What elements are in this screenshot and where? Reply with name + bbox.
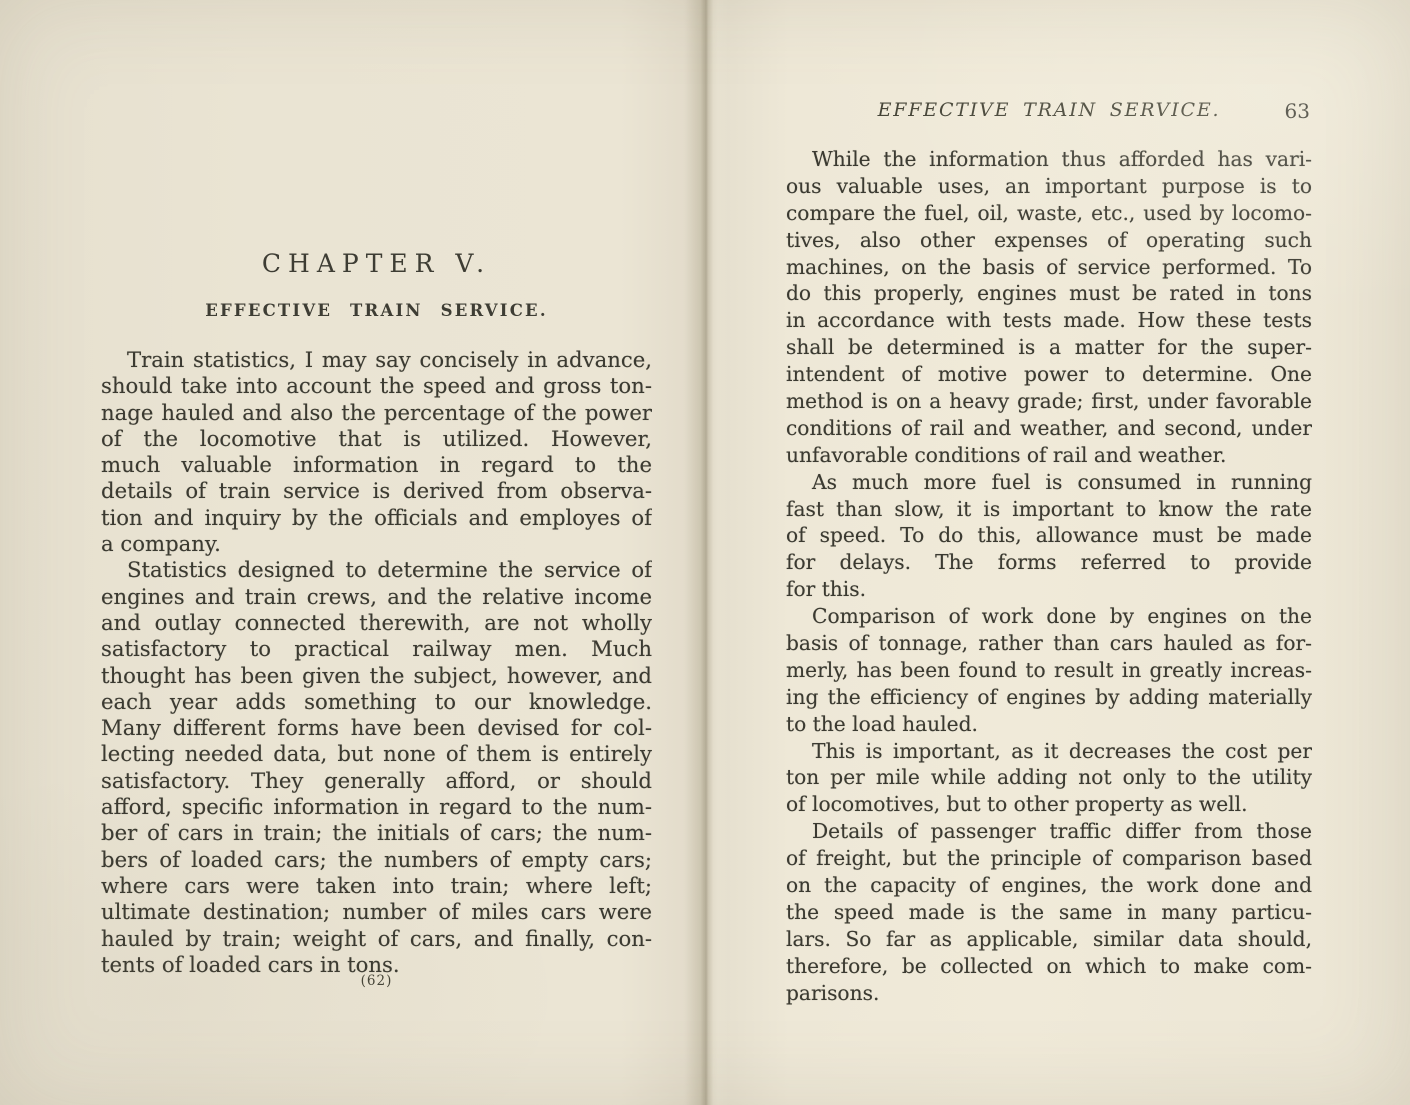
- left-page-body: Train statistics, I may say concisely in…: [101, 347, 652, 978]
- paragraph: While the information thus afforded has …: [786, 146, 1312, 469]
- text-line: hauled by train; weight of cars, and fin…: [101, 926, 652, 952]
- text-line: unfavorable conditions of rail and weath…: [786, 442, 1312, 469]
- text-line: where cars were taken into train; where …: [101, 873, 652, 899]
- text-line: engines and train crews, and the relativ…: [101, 584, 652, 610]
- text-line: in accordance with tests made. How these…: [786, 307, 1312, 334]
- text-line: of speed. To do this, allowance must be …: [786, 522, 1312, 549]
- text-line: much valuable information in regard to t…: [101, 452, 652, 478]
- paragraph: Statistics designed to determine the ser…: [101, 557, 652, 978]
- text-line: tion and inquiry by the officials and em…: [101, 505, 652, 531]
- text-line: parisons.: [786, 980, 1312, 1007]
- left-page: CHAPTER V. EFFECTIVE TRAIN SERVICE. Trai…: [101, 0, 652, 1105]
- right-page-body: While the information thus afforded has …: [786, 146, 1312, 1007]
- section-heading: EFFECTIVE TRAIN SERVICE.: [101, 301, 652, 320]
- text-line: the speed made is the same in many parti…: [786, 899, 1312, 926]
- paragraph: Details of passenger traffic differ from…: [786, 818, 1312, 1006]
- text-line: tives, also other expenses of operating …: [786, 227, 1312, 254]
- text-line: method is on a heavy grade; first, under…: [786, 388, 1312, 415]
- text-line: of freight, but the principle of compari…: [786, 845, 1312, 872]
- text-line: lecting needed data, but none of them is…: [101, 741, 652, 767]
- text-line: Details of passenger traffic differ from…: [786, 818, 1312, 845]
- text-line: Train statistics, I may say concisely in…: [101, 347, 652, 373]
- text-line: should take into account the speed and g…: [101, 373, 652, 399]
- text-line: intendent of motive power to determine. …: [786, 361, 1312, 388]
- text-line: a company.: [101, 531, 652, 557]
- text-line: do this properly, engines must be rated …: [786, 280, 1312, 307]
- running-header: EFFECTIVE TRAIN SERVICE. 63: [786, 99, 1312, 123]
- text-line: ous valuable uses, an important purpose …: [786, 173, 1312, 200]
- text-line: Many different forms have been devised f…: [101, 715, 652, 741]
- text-line: machines, on the basis of service perfor…: [786, 254, 1312, 281]
- text-line: ton per mile while adding not only to th…: [786, 764, 1312, 791]
- text-line: and outlay connected therewith, are not …: [101, 610, 652, 636]
- paragraph: Train statistics, I may say concisely in…: [101, 347, 652, 557]
- text-line: Statistics designed to determine the ser…: [101, 557, 652, 583]
- text-line: for this.: [786, 576, 1312, 603]
- text-line: As much more fuel is consumed in running: [786, 469, 1312, 496]
- text-line: fast than slow, it is important to know …: [786, 496, 1312, 523]
- text-line: of the locomotive that is utilized. Howe…: [101, 426, 652, 452]
- text-line: thought has been given the subject, howe…: [101, 663, 652, 689]
- text-line: lars. So far as applicable, similar data…: [786, 926, 1312, 953]
- text-line: of locomotives, but to other property as…: [786, 791, 1312, 818]
- text-line: bers of loaded cars; the numbers of empt…: [101, 847, 652, 873]
- page-gutter-crease: [683, 0, 729, 1105]
- text-line: While the information thus afforded has …: [786, 146, 1312, 173]
- text-line: This is important, as it decreases the c…: [786, 738, 1312, 765]
- text-line: conditions of rail and weather, and seco…: [786, 415, 1312, 442]
- text-line: merly, has been found to result in great…: [786, 657, 1312, 684]
- text-line: satisfactory. They generally afford, or …: [101, 768, 652, 794]
- text-line: ultimate destination; number of miles ca…: [101, 899, 652, 925]
- text-line: shall be determined is a matter for the …: [786, 334, 1312, 361]
- text-line: therefore, be collected on which to make…: [786, 953, 1312, 980]
- paragraph: This is important, as it decreases the c…: [786, 738, 1312, 819]
- book-scan: CHAPTER V. EFFECTIVE TRAIN SERVICE. Trai…: [0, 0, 1410, 1105]
- right-page-number: 63: [1285, 99, 1310, 123]
- left-page-number: (62): [101, 973, 652, 989]
- text-line: each year adds something to our knowledg…: [101, 689, 652, 715]
- paragraph: Comparison of work done by engines on th…: [786, 603, 1312, 737]
- text-line: ing the efficiency of engines by adding …: [786, 684, 1312, 711]
- text-line: details of train service is derived from…: [101, 478, 652, 504]
- text-line: satisfactory to practical railway men. M…: [101, 636, 652, 662]
- text-line: for delays. The forms referred to provid…: [786, 549, 1312, 576]
- running-header-title: EFFECTIVE TRAIN SERVICE.: [786, 99, 1312, 121]
- text-line: afford, specific information in regard t…: [101, 794, 652, 820]
- right-page: EFFECTIVE TRAIN SERVICE. 63 While the in…: [786, 0, 1312, 1105]
- text-line: nage hauled and also the percentage of t…: [101, 400, 652, 426]
- chapter-heading: CHAPTER V.: [101, 249, 652, 278]
- text-line: compare the fuel, oil, waste, etc., used…: [786, 200, 1312, 227]
- text-line: basis of tonnage, rather than cars haule…: [786, 630, 1312, 657]
- text-line: Comparison of work done by engines on th…: [786, 603, 1312, 630]
- paragraph: As much more fuel is consumed in running…: [786, 469, 1312, 603]
- text-line: ber of cars in train; the initials of ca…: [101, 820, 652, 846]
- text-line: on the capacity of engines, the work don…: [786, 872, 1312, 899]
- text-line: to the load hauled.: [786, 711, 1312, 738]
